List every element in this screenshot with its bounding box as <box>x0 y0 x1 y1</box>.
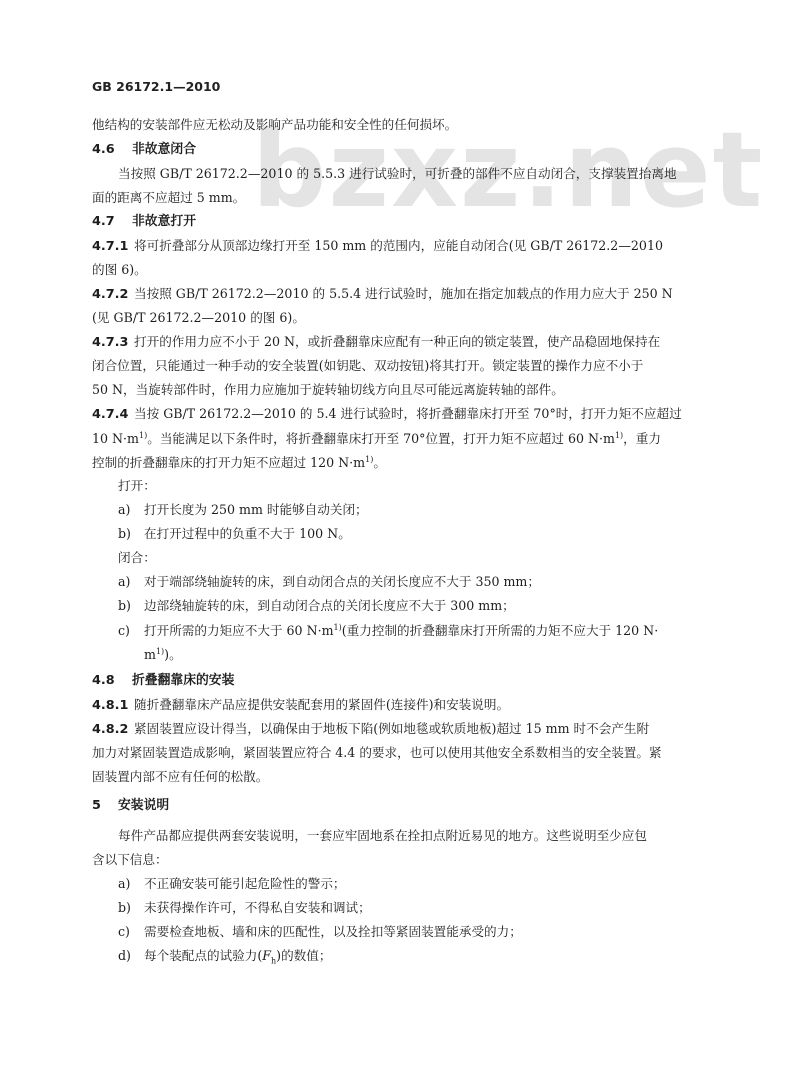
list-marker: b) <box>118 902 144 915</box>
list-item: c)打开所需的力矩应不大于 60 N·m1)(重力控制的折叠翻靠床打开所需的力矩… <box>118 624 658 638</box>
list-marker: c) <box>118 625 144 638</box>
paragraph-line: 加力对紧固装置造成影响，紧固装置应符合 4.4 的要求，也可以使用其他安全系数相… <box>92 747 662 760</box>
section-heading-5: 5安装说明 <box>92 800 169 813</box>
paragraph-line: 10 N·m1)。当能满足以下条件时，将折叠翻靠床打开至 70°位置，打开力矩不… <box>92 432 661 446</box>
clause-4-7-1: 4.7.1将可折叠部分从顶部边缘打开至 150 mm 的范围内，应能自动闭合(见… <box>92 240 663 254</box>
clause-4-8-1: 4.8.1随折叠翻靠床产品应提供安装配套用的紧固件(连接件)和安装说明。 <box>92 699 509 713</box>
text-run: 。当能满足以下条件时，将折叠翻靠床打开至 70°位置，打开力矩不应超过 60 N… <box>147 431 615 446</box>
section-number: 4.6 <box>92 144 132 157</box>
list-item: a)不正确安装可能引起危险性的警示； <box>118 878 346 891</box>
text-run: 。 <box>373 455 386 470</box>
clause-text: 当按照 GB/T 26172.2—2010 的 5.5.4 进行试验时，施加在指… <box>134 286 673 301</box>
footnote-ref: 1) <box>156 647 164 656</box>
footnote-ref: 1) <box>139 431 147 440</box>
clause-text: 打开的作用力应不小于 20 N，或折叠翻靠床应配有一种正向的锁定装置，使产品稳固… <box>134 334 660 349</box>
clause-text: 当按 GB/T 26172.2—2010 的 5.4 进行试验时，将折叠翻靠床打… <box>134 406 682 421</box>
paragraph-line: 的图 6)。 <box>92 264 147 277</box>
paragraph-line: 固装置内部不应有任何的松散。 <box>92 771 268 784</box>
list-text: )的数值； <box>276 948 331 963</box>
list-marker: a) <box>118 878 144 891</box>
clause-number: 4.8.1 <box>92 700 134 713</box>
list-item: d)每个装配点的试验力(Fh)的数值； <box>118 950 331 966</box>
clause-4-7-4: 4.7.4当按 GB/T 26172.2—2010 的 5.4 进行试验时，将折… <box>92 408 682 422</box>
section-title: 折叠翻靠床的安装 <box>132 673 234 688</box>
text-run: )。 <box>164 647 182 662</box>
text-run: ，重力 <box>623 431 661 446</box>
list-item-continuation: m1))。 <box>144 648 182 662</box>
paragraph-line: 闭合位置，只能通过一种手动的安全装置(如钥匙、双动按钮)将其打开。锁定装置的操作… <box>92 360 643 373</box>
list-text: 未获得操作许可，不得私自安装和调试； <box>144 900 371 915</box>
clause-number: 4.8.2 <box>92 724 134 737</box>
clause-number: 4.7.3 <box>92 337 134 350</box>
list-item: b)边部绕轴旋转的床，到自动闭合点的关闭长度应不大于 300 mm； <box>118 600 515 613</box>
list-item: a)对于端部绕轴旋转的床，到自动闭合点的关闭长度应不大于 350 mm； <box>118 576 540 589</box>
section-number: 4.8 <box>92 675 132 688</box>
list-marker: c) <box>118 926 144 939</box>
document-id-header: GB 26172.1—2010 <box>92 79 220 94</box>
list-text: (重力控制的折叠翻靠床打开所需的力矩不应大于 120 N· <box>342 623 658 638</box>
list-item: c)需要检查地板、墙和床的匹配性，以及拴扣等紧固装置能承受的力； <box>118 926 522 939</box>
paragraph-line: 每件产品都应提供两套安装说明，一套应牢固地系在拴扣点附近易见的地方。这些说明至少… <box>118 830 647 843</box>
list-text: 打开所需的力矩应不大于 60 N·m <box>144 623 334 638</box>
text-run: 10 N·m <box>92 431 139 446</box>
list-text: 每个装配点的试验力( <box>144 948 262 963</box>
list-marker: a) <box>118 504 144 517</box>
section-title: 非故意打开 <box>132 214 196 229</box>
text-run: 控制的折叠翻靠床的打开力矩不应超过 120 N·m <box>92 455 365 470</box>
clause-number: 4.7.2 <box>92 289 134 302</box>
section-heading-4-6: 4.6非故意闭合 <box>92 144 196 157</box>
list-text: 对于端部绕轴旋转的床，到自动闭合点的关闭长度应不大于 350 mm； <box>144 574 540 589</box>
clause-text: 紧固装置应设计得当，以确保由于地板下陷(例如地毯或软质地板)超过 15 mm 时… <box>134 721 649 736</box>
variable: F <box>262 948 271 963</box>
clause-4-8-2: 4.8.2紧固装置应设计得当，以确保由于地板下陷(例如地毯或软质地板)超过 15… <box>92 723 649 737</box>
clause-text: 将可折叠部分从顶部边缘打开至 150 mm 的范围内，应能自动闭合(见 GB/T… <box>134 238 663 253</box>
list-text: 不正确安装可能引起危险性的警示； <box>144 876 346 891</box>
clause-4-7-3: 4.7.3打开的作用力应不小于 20 N，或折叠翻靠床应配有一种正向的锁定装置，… <box>92 336 660 350</box>
document-page: GB 26172.1—2010 他结构的安装部件应无松动及影响产品功能和安全性的… <box>0 0 800 1090</box>
list-marker: d) <box>118 950 144 963</box>
paragraph-line: 面的距离不应超过 5 mm。 <box>92 192 245 205</box>
paragraph-line: 当按照 GB/T 26172.2—2010 的 5.5.3 进行试验时，可折叠的… <box>118 168 677 181</box>
clause-number: 4.7.4 <box>92 409 134 422</box>
list-item: a)打开长度为 250 mm 时能够自动关闭； <box>118 504 368 517</box>
footnote-ref: 1) <box>615 431 623 440</box>
paragraph-line: 含以下信息： <box>92 854 168 867</box>
paragraph-line: 50 N，当旋转部件时，作用力应施加于旋转轴切线方向且尽可能远离旋转轴的部件。 <box>92 384 564 397</box>
list-marker: b) <box>118 528 144 541</box>
paragraph-line: (见 GB/T 26172.2—2010 的图 6)。 <box>92 312 305 325</box>
section-title: 安装说明 <box>118 798 169 813</box>
list-item: b)在打开过程中的负重不大于 100 N。 <box>118 528 351 541</box>
list-text: 需要检查地板、墙和床的匹配性，以及拴扣等紧固装置能承受的力； <box>144 924 522 939</box>
section-number: 4.7 <box>92 216 132 229</box>
paragraph-line: 他结构的安装部件应无松动及影响产品功能和安全性的任何损坏。 <box>92 119 457 132</box>
clause-number: 4.7.1 <box>92 241 134 254</box>
clause-text: 随折叠翻靠床产品应提供安装配套用的紧固件(连接件)和安装说明。 <box>134 697 509 712</box>
section-number: 5 <box>92 800 118 813</box>
section-title: 非故意闭合 <box>132 142 196 157</box>
list-marker: a) <box>118 576 144 589</box>
list-text: 打开长度为 250 mm 时能够自动关闭； <box>144 502 368 517</box>
text-run: m <box>144 647 156 662</box>
sublabel-open: 打开： <box>118 480 156 493</box>
list-item: b)未获得操作许可，不得私自安装和调试； <box>118 902 371 915</box>
list-marker: b) <box>118 600 144 613</box>
section-heading-4-7: 4.7非故意打开 <box>92 216 196 229</box>
sublabel-close: 闭合： <box>118 552 156 565</box>
list-text: 在打开过程中的负重不大于 100 N。 <box>144 526 351 541</box>
footnote-ref: 1) <box>334 623 342 632</box>
paragraph-line: 控制的折叠翻靠床的打开力矩不应超过 120 N·m1)。 <box>92 456 386 470</box>
clause-4-7-2: 4.7.2当按照 GB/T 26172.2—2010 的 5.5.4 进行试验时… <box>92 288 673 302</box>
list-text: 边部绕轴旋转的床，到自动闭合点的关闭长度应不大于 300 mm； <box>144 598 515 613</box>
section-heading-4-8: 4.8折叠翻靠床的安装 <box>92 675 234 688</box>
